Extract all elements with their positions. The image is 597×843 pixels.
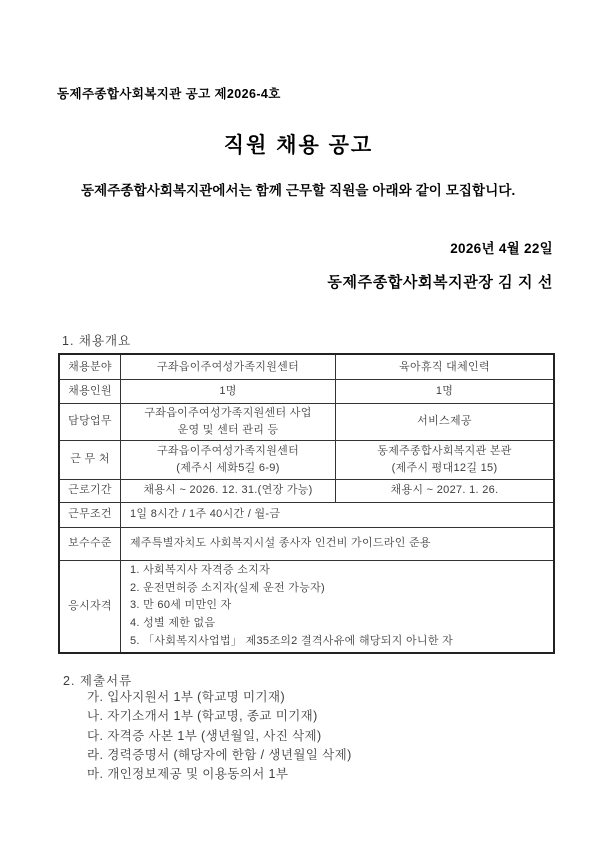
list-item: 가. 입사지원서 1부 (학교명 미기재) [87, 688, 352, 707]
signer-name: 동제주종합사회복지관장 김 지 선 [327, 271, 553, 292]
table-row: 채용분야 구좌읍이주여성가족지원센터 육아휴직 대체인력 [59, 354, 554, 379]
row-label: 채용인원 [59, 379, 121, 403]
headcount-cell-b: 1명 [336, 379, 555, 403]
row-label: 응시자격 [59, 560, 121, 653]
row-label: 담당업무 [59, 403, 121, 440]
list-item: 라. 경력증명서 (해당자에 한함 / 생년월일 삭제) [87, 746, 352, 765]
period-cell-a: 채용시 ~ 2026. 12. 31.(연장 가능) [121, 479, 336, 502]
workplace-a-line1: 구좌읍이주여성가족지원센터 [121, 443, 335, 460]
duties-cell-b: 서비스제공 [336, 403, 555, 440]
row-label: 보수수준 [59, 527, 121, 560]
table-row: 근로기간 채용시 ~ 2026. 12. 31.(연장 가능) 채용시 ~ 20… [59, 479, 554, 502]
table-row: 근무조건 1일 8시간 / 1주 40시간 / 월-금 [59, 502, 554, 527]
announcement-date: 2026년 4월 22일 [450, 237, 553, 257]
recruitment-overview-table: 채용분야 구좌읍이주여성가족지원센터 육아휴직 대체인력 채용인원 1명 1명 … [58, 353, 555, 654]
page-title: 직원 채용 공고 [0, 129, 597, 159]
pay-cell: 제주특별자치도 사회복지시설 종사자 인건비 가이드라인 준용 [121, 527, 555, 560]
section2-heading: 2. 제출서류 [63, 671, 132, 689]
doc-number: 동제주종합사회복지관 공고 제2026-4호 [57, 84, 281, 102]
workplace-a-line2: (제주시 세화5길 6-9) [121, 460, 335, 477]
qualifications-cell: 1. 사회복지사 자격증 소지자 2. 운전면허증 소지자(실제 운전 가능자)… [121, 560, 555, 653]
row-label: 채용분야 [59, 354, 121, 379]
period-cell-b: 채용시 ~ 2027. 1. 26. [336, 479, 555, 502]
list-item: 마. 개인정보제공 및 이용동의서 1부 [87, 765, 352, 784]
field-cell-b: 육아휴직 대체인력 [336, 354, 555, 379]
row-label: 근 무 처 [59, 440, 121, 479]
qualification-item: 1. 사회복지사 자격증 소지자 [130, 562, 549, 580]
section1-heading: 1. 채용개요 [62, 331, 131, 349]
table-row: 근 무 처 구좌읍이주여성가족지원센터 (제주시 세화5길 6-9) 동제주종합… [59, 440, 554, 479]
submit-documents-list: 가. 입사지원서 1부 (학교명 미기재) 나. 자기소개서 1부 (학교명, … [87, 688, 352, 784]
field-cell-a: 구좌읍이주여성가족지원센터 [121, 354, 336, 379]
duties-line2: 운영 및 센터 관리 등 [121, 422, 335, 439]
workplace-cell-b: 동제주종합사회복지관 본관 (제주시 평대12길 15) [336, 440, 555, 479]
qualification-item: 3. 만 60세 미만인 자 [130, 597, 549, 615]
table-row: 응시자격 1. 사회복지사 자격증 소지자 2. 운전면허증 소지자(실제 운전… [59, 560, 554, 653]
duties-cell-a: 구좌읍이주여성가족지원센터 사업 운영 및 센터 관리 등 [121, 403, 336, 440]
table-row: 담당업무 구좌읍이주여성가족지원센터 사업 운영 및 센터 관리 등 서비스제공 [59, 403, 554, 440]
workplace-b-line1: 동제주종합사회복지관 본관 [336, 443, 553, 460]
intro-paragraph: 동제주종합사회복지관에서는 함께 근무할 직원을 아래와 같이 모집합니다. [57, 179, 557, 199]
qualification-item: 4. 성별 제한 없음 [130, 615, 549, 633]
document-page: 동제주종합사회복지관 공고 제2026-4호 직원 채용 공고 동제주종합사회복… [0, 0, 597, 843]
workplace-b-line2: (제주시 평대12길 15) [336, 460, 553, 477]
table-row: 채용인원 1명 1명 [59, 379, 554, 403]
list-item: 나. 자기소개서 1부 (학교명, 종교 미기재) [87, 707, 352, 726]
list-item: 다. 자격증 사본 1부 (생년월일, 사진 삭제) [87, 727, 352, 746]
row-label: 근로기간 [59, 479, 121, 502]
workplace-cell-a: 구좌읍이주여성가족지원센터 (제주시 세화5길 6-9) [121, 440, 336, 479]
qualification-item: 2. 운전면허증 소지자(실제 운전 가능자) [130, 580, 549, 598]
row-label: 근무조건 [59, 502, 121, 527]
headcount-cell-a: 1명 [121, 379, 336, 403]
table-row: 보수수준 제주특별자치도 사회복지시설 종사자 인건비 가이드라인 준용 [59, 527, 554, 560]
duties-line1: 구좌읍이주여성가족지원센터 사업 [121, 405, 335, 422]
qualification-item: 5. 「사회복지사업법」 제35조의2 결격사유에 해당되지 아니한 자 [130, 633, 549, 651]
conditions-cell: 1일 8시간 / 1주 40시간 / 월-금 [121, 502, 555, 527]
